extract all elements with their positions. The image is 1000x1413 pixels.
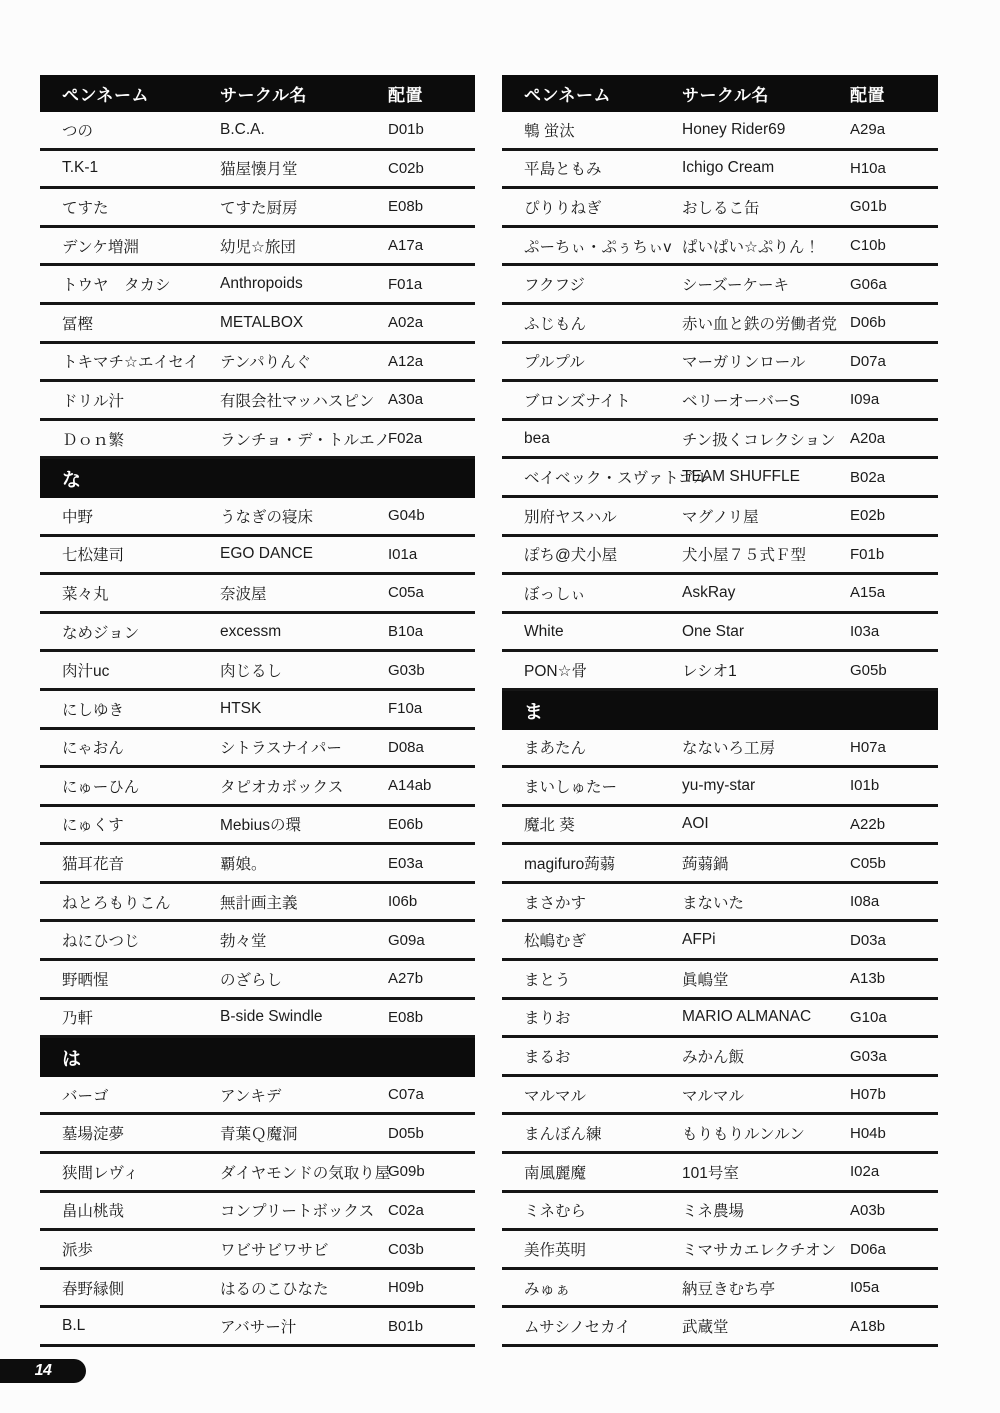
circle-name-cell: アバサー汁 <box>220 1315 388 1337</box>
circle-name-cell: ぱいぱい☆ぷりん！ <box>682 235 850 257</box>
pen-name-cell: にゅくす <box>40 813 220 835</box>
table-row: デンケ増淵幼児☆旅団A17a <box>40 228 475 267</box>
circle-name-cell: ワビサビワサビ <box>220 1238 388 1260</box>
placement-cell: G01b <box>850 198 938 215</box>
circle-name-cell: マルマル <box>682 1084 850 1106</box>
pen-name-cell: まいしゅたー <box>502 775 682 797</box>
circle-name-cell: AskRay <box>682 584 850 602</box>
table-row: まあたんなないろ工房H07a <box>502 730 938 769</box>
pen-name-cell: 松嶋むぎ <box>502 929 682 951</box>
placement-cell: D06b <box>850 314 938 331</box>
table-row: ぷーちぃ・ぷぅちぃvぱいぱい☆ぷりん！C10b <box>502 228 938 267</box>
placement-cell: G09b <box>388 1163 475 1180</box>
pen-name-cell: B.L <box>40 1317 220 1335</box>
table-row: ぽち@犬小屋犬小屋７５式Ｆ型F01b <box>502 537 938 576</box>
placement-cell: G06a <box>850 276 938 293</box>
circle-name-cell: Mebiusの環 <box>220 813 388 835</box>
circle-name-cell: おしるこ缶 <box>682 196 850 218</box>
pen-name-cell: T.K-1 <box>40 159 220 177</box>
placement-cell: E08b <box>388 198 475 215</box>
section-header: な <box>40 459 475 498</box>
placement-cell: A17a <box>388 237 475 254</box>
left-table: ペンネーム サークル名 配置 つのB.C.A.D01bT.K-1猫屋懐月堂C02… <box>40 75 475 1347</box>
circle-name-cell: もりもりルンルン <box>682 1122 850 1144</box>
pen-name-cell: フクフジ <box>502 273 682 295</box>
header-circle-name: サークル名 <box>220 81 388 106</box>
placement-cell: I08a <box>850 893 938 910</box>
pen-name-cell: 平島ともみ <box>502 157 682 179</box>
placement-cell: D01b <box>388 121 475 138</box>
table-row: 別府ヤスハルマグノリ屋E02b <box>502 498 938 537</box>
table-row: beaチン扱くコレクションA20a <box>502 421 938 460</box>
placement-cell: H04b <box>850 1125 938 1142</box>
placement-cell: H09b <box>388 1279 475 1296</box>
right-table-body: 鵯 蛍汰Honey Rider69A29a平島ともみIchigo CreamH1… <box>502 112 938 1347</box>
circle-name-cell: B.C.A. <box>220 121 388 139</box>
table-row: 猫耳花音覇娘。E03a <box>40 845 475 884</box>
table-row: まいしゅたーyu-my-starI01b <box>502 768 938 807</box>
placement-cell: A29a <box>850 121 938 138</box>
circle-name-cell: Anthropoids <box>220 275 388 293</box>
placement-cell: H10a <box>850 160 938 177</box>
placement-cell: C03b <box>388 1241 475 1258</box>
table-row: てすたてすた厨房E08b <box>40 189 475 228</box>
pen-name-cell: PON☆骨 <box>502 659 682 681</box>
table-row: にゅくすMebiusの環E06b <box>40 807 475 846</box>
placement-cell: A14ab <box>388 777 475 794</box>
pen-name-cell: まんぼん練 <box>502 1122 682 1144</box>
placement-cell: E08b <box>388 1009 475 1026</box>
table-row: にゃおんシトラスナイパーD08a <box>40 730 475 769</box>
circle-name-cell: 納豆きむち亭 <box>682 1277 850 1299</box>
table-row: Ｄｏｎ繁ランチョ・デ・トルエノF02a <box>40 421 475 460</box>
right-table: ペンネーム サークル名 配置 鵯 蛍汰Honey Rider69A29a平島とも… <box>502 75 938 1347</box>
table-row: トキマチ☆エイセイテンパりんぐA12a <box>40 344 475 383</box>
circle-name-cell: 青葉Ｑ魔洞 <box>220 1122 388 1144</box>
pen-name-cell: ふじもん <box>502 312 682 334</box>
circle-name-cell: B-side Swindle <box>220 1008 388 1026</box>
pen-name-cell: 墓場淀夢 <box>40 1122 220 1144</box>
pen-name-cell: 冨樫 <box>40 312 220 334</box>
table-row: 中野うなぎの寝床G04b <box>40 498 475 537</box>
table-row: フクフジシーズーケーキG06a <box>502 266 938 305</box>
placement-cell: E02b <box>850 507 938 524</box>
circle-name-cell: 奈波屋 <box>220 582 388 604</box>
placement-cell: D07a <box>850 353 938 370</box>
circle-name-cell: 101号室 <box>682 1161 850 1183</box>
circle-name-cell: 肉じるし <box>220 659 388 681</box>
circle-name-cell: 無計画主義 <box>220 891 388 913</box>
placement-cell: C02a <box>388 1202 475 1219</box>
circle-name-cell: AFPi <box>682 931 850 949</box>
circle-name-cell: タピオカボックス <box>220 775 388 797</box>
table-row: WhiteOne StarI03a <box>502 614 938 653</box>
table-row: 魔北 葵AOIA22b <box>502 807 938 846</box>
pen-name-cell: にしゆき <box>40 698 220 720</box>
placement-cell: I01b <box>850 777 938 794</box>
circle-name-cell: ベリーオーバーS <box>682 389 850 411</box>
pen-name-cell: 菜々丸 <box>40 582 220 604</box>
placement-cell: B10a <box>388 623 475 640</box>
placement-cell: F01b <box>850 546 938 563</box>
pen-name-cell: まさかす <box>502 891 682 913</box>
table-row: 派歩ワビサビワサビC03b <box>40 1231 475 1270</box>
table-row: PON☆骨レシオ1G05b <box>502 652 938 691</box>
pen-name-cell: ブロンズナイト <box>502 389 682 411</box>
pen-name-cell: 野晒惺 <box>40 968 220 990</box>
pen-name-cell: White <box>502 623 682 641</box>
placement-cell: G09a <box>388 932 475 949</box>
circle-name-cell: みかん飯 <box>682 1045 850 1067</box>
pen-name-cell: ドリル汁 <box>40 389 220 411</box>
pen-name-cell: つの <box>40 119 220 141</box>
circle-name-cell: METALBOX <box>220 314 388 332</box>
pen-name-cell: なめジョン <box>40 621 220 643</box>
circle-name-cell: MARIO ALMANAC <box>682 1008 850 1026</box>
section-header: は <box>40 1038 475 1077</box>
placement-cell: I05a <box>850 1279 938 1296</box>
circle-name-cell: のざらし <box>220 968 388 990</box>
placement-cell: D05b <box>388 1125 475 1142</box>
placement-cell: I03a <box>850 623 938 640</box>
placement-cell: C07a <box>388 1086 475 1103</box>
circle-name-cell: One Star <box>682 623 850 641</box>
table-row: 菜々丸奈波屋C05a <box>40 575 475 614</box>
pen-name-cell: てすた <box>40 196 220 218</box>
circle-name-cell: excessm <box>220 623 388 641</box>
placement-cell: A30a <box>388 391 475 408</box>
table-row: なめジョンexcessmB10a <box>40 614 475 653</box>
table-row: ベイベック・スヴァトゴルTEAM SHUFFLEB02a <box>502 459 938 498</box>
placement-cell: D03a <box>850 932 938 949</box>
table-row: ミネむらミネ農場A03b <box>502 1193 938 1232</box>
pen-name-cell: ねにひつじ <box>40 929 220 951</box>
pen-name-cell: 南風麗魔 <box>502 1161 682 1183</box>
placement-cell: F10a <box>388 700 475 717</box>
table-row: まりおMARIO ALMANACG10a <box>502 1000 938 1039</box>
page-number-badge: 14 <box>0 1359 86 1383</box>
pen-name-cell: 魔北 葵 <box>502 813 682 835</box>
placement-cell: A27b <box>388 970 475 987</box>
left-table-body: つのB.C.A.D01bT.K-1猫屋懐月堂C02bてすたてすた厨房E08bデン… <box>40 112 475 1347</box>
placement-cell: C02b <box>388 160 475 177</box>
pen-name-cell: 中野 <box>40 505 220 527</box>
placement-cell: A18b <box>850 1318 938 1335</box>
pen-name-cell: にゅーひん <box>40 775 220 797</box>
pen-name-cell: 畠山桃哉 <box>40 1199 220 1221</box>
placement-cell: H07b <box>850 1086 938 1103</box>
placement-cell: G03a <box>850 1048 938 1065</box>
table-row: 松嶋むぎAFPiD03a <box>502 922 938 961</box>
table-row: 南風麗魔101号室I02a <box>502 1154 938 1193</box>
circle-name-cell: 猫屋懐月堂 <box>220 157 388 179</box>
circle-name-cell: Honey Rider69 <box>682 121 850 139</box>
pen-name-cell: マルマル <box>502 1084 682 1106</box>
table-row: T.K-1猫屋懐月堂C02b <box>40 151 475 190</box>
table-row: バーゴアンキデC07a <box>40 1077 475 1116</box>
table-row: ねとろもりこん無計画主義I06b <box>40 884 475 923</box>
circle-name-cell: 蒟蒻鍋 <box>682 852 850 874</box>
header-pen-name: ペンネーム <box>40 81 220 106</box>
table-row: まんぼん練もりもりルンルンH04b <box>502 1115 938 1154</box>
placement-cell: B02a <box>850 469 938 486</box>
table-row: 墓場淀夢青葉Ｑ魔洞D05b <box>40 1115 475 1154</box>
pen-name-cell: デンケ増淵 <box>40 235 220 257</box>
pen-name-cell: ぼっしぃ <box>502 582 682 604</box>
table-row: 美作英明ミマサカエレクチオンD06a <box>502 1231 938 1270</box>
circle-name-cell: シーズーケーキ <box>682 273 850 295</box>
placement-cell: A12a <box>388 353 475 370</box>
table-row: 春野縁側はるのこひなたH09b <box>40 1270 475 1309</box>
circle-name-cell: シトラスナイパー <box>220 736 388 758</box>
pen-name-cell: ムサシノセカイ <box>502 1315 682 1337</box>
placement-cell: I01a <box>388 546 475 563</box>
pen-name-cell: 別府ヤスハル <box>502 505 682 527</box>
placement-cell: I02a <box>850 1163 938 1180</box>
table-row: ドリル汁有限会社マッハスピンA30a <box>40 382 475 421</box>
section-label: は <box>62 1044 81 1071</box>
table-row: ぴりりねぎおしるこ缶G01b <box>502 189 938 228</box>
circle-name-cell: HTSK <box>220 700 388 718</box>
table-row: つのB.C.A.D01b <box>40 112 475 151</box>
circle-name-cell: なないろ工房 <box>682 736 850 758</box>
table-row: まるおみかん飯G03a <box>502 1038 938 1077</box>
table-row: プルプルマーガリンロールD07a <box>502 344 938 383</box>
pen-name-cell: bea <box>502 430 682 448</box>
table-row: magifuro蒟蒻蒟蒻鍋C05b <box>502 845 938 884</box>
circle-name-cell: TEAM SHUFFLE <box>682 468 850 486</box>
pen-name-cell: 肉汁uc <box>40 659 220 681</box>
table-row: 狭間レヴィダイヤモンドの気取り屋G09b <box>40 1154 475 1193</box>
section-label: な <box>62 465 81 492</box>
circle-name-cell: ランチョ・デ・トルエノ <box>220 428 388 450</box>
pen-name-cell: プルプル <box>502 350 682 372</box>
table-row: ブロンズナイトベリーオーバーSI09a <box>502 382 938 421</box>
placement-cell: A22b <box>850 816 938 833</box>
pen-name-cell: 乃軒 <box>40 1006 220 1028</box>
table-row: マルマルマルマルH07b <box>502 1077 938 1116</box>
pen-name-cell: magifuro蒟蒻 <box>502 852 682 874</box>
pen-name-cell: まとう <box>502 968 682 990</box>
section-header: ま <box>502 691 938 730</box>
placement-cell: C05a <box>388 584 475 601</box>
pen-name-cell: バーゴ <box>40 1084 220 1106</box>
pen-name-cell: みゅぁ <box>502 1277 682 1299</box>
circle-name-cell: 覇娘。 <box>220 852 388 874</box>
circle-name-cell: てすた厨房 <box>220 196 388 218</box>
circle-name-cell: 犬小屋７５式Ｆ型 <box>682 543 850 565</box>
placement-cell: A02a <box>388 314 475 331</box>
header-placement: 配置 <box>388 81 475 106</box>
circle-name-cell: yu-my-star <box>682 777 850 795</box>
circle-name-cell: はるのこひなた <box>220 1277 388 1299</box>
header-pen-name: ペンネーム <box>502 81 682 106</box>
table-row: 鵯 蛍汰Honey Rider69A29a <box>502 112 938 151</box>
placement-cell: A15a <box>850 584 938 601</box>
header-circle-name: サークル名 <box>682 81 850 106</box>
placement-cell: H07a <box>850 739 938 756</box>
table-row: まさかすまないたI08a <box>502 884 938 923</box>
pen-name-cell: ベイベック・スヴァトゴル <box>502 466 682 488</box>
pen-name-cell: 春野縁側 <box>40 1277 220 1299</box>
table-row: 畠山桃哉コンプリートボックスC02a <box>40 1193 475 1232</box>
header-placement: 配置 <box>850 81 938 106</box>
circle-name-cell: EGO DANCE <box>220 545 388 563</box>
pen-name-cell: ぷーちぃ・ぷぅちぃv <box>502 235 682 257</box>
table-row: トウヤ タカシAnthropoidsF01a <box>40 266 475 305</box>
pen-name-cell: 猫耳花音 <box>40 852 220 874</box>
circle-name-cell: テンパりんぐ <box>220 350 388 372</box>
circle-name-cell: チン扱くコレクション <box>682 428 850 450</box>
pen-name-cell: まるお <box>502 1045 682 1067</box>
table-row: 乃軒B-side SwindleE08b <box>40 1000 475 1039</box>
circle-name-cell: マグノリ屋 <box>682 505 850 527</box>
table-row: みゅぁ納豆きむち亭I05a <box>502 1270 938 1309</box>
pen-name-cell: 美作英明 <box>502 1238 682 1260</box>
table-row: B.Lアバサー汁B01b <box>40 1308 475 1347</box>
placement-cell: G03b <box>388 662 475 679</box>
table-row: 七松建司EGO DANCEI01a <box>40 537 475 576</box>
circle-name-cell: 有限会社マッハスピン <box>220 389 388 411</box>
circle-name-cell: ダイヤモンドの気取り屋 <box>220 1161 388 1183</box>
table-row: にしゆきHTSKF10a <box>40 691 475 730</box>
circle-name-cell: ミネ農場 <box>682 1199 850 1221</box>
placement-cell: E06b <box>388 816 475 833</box>
table-row: にゅーひんタピオカボックスA14ab <box>40 768 475 807</box>
circle-name-cell: Ichigo Cream <box>682 159 850 177</box>
placement-cell: A13b <box>850 970 938 987</box>
pen-name-cell: ぴりりねぎ <box>502 196 682 218</box>
pen-name-cell: ぽち@犬小屋 <box>502 543 682 565</box>
section-label: ま <box>524 697 543 724</box>
pen-name-cell: ねとろもりこん <box>40 891 220 913</box>
table-row: ふじもん赤い血と鉄の労働者党D06b <box>502 305 938 344</box>
placement-cell: I09a <box>850 391 938 408</box>
circle-name-cell: 眞嶋堂 <box>682 968 850 990</box>
pen-name-cell: 七松建司 <box>40 543 220 565</box>
circle-name-cell: 勃々堂 <box>220 929 388 951</box>
placement-cell: G05b <box>850 662 938 679</box>
table-row: 平島ともみIchigo CreamH10a <box>502 151 938 190</box>
placement-cell: F02a <box>388 430 475 447</box>
circle-name-cell: まないた <box>682 891 850 913</box>
table-row: 野晒惺のざらしA27b <box>40 961 475 1000</box>
pen-name-cell: 狭間レヴィ <box>40 1161 220 1183</box>
pen-name-cell: 派歩 <box>40 1238 220 1260</box>
circle-name-cell: 赤い血と鉄の労働者党 <box>682 312 850 334</box>
placement-cell: E03a <box>388 855 475 872</box>
circle-name-cell: アンキデ <box>220 1084 388 1106</box>
placement-cell: I06b <box>388 893 475 910</box>
circle-name-cell: レシオ1 <box>682 659 850 681</box>
circle-name-cell: マーガリンロール <box>682 350 850 372</box>
circle-name-cell: ミマサカエレクチオン <box>682 1238 850 1260</box>
circle-listing: ペンネーム サークル名 配置 つのB.C.A.D01bT.K-1猫屋懐月堂C02… <box>40 75 938 1347</box>
placement-cell: G04b <box>388 507 475 524</box>
table-row: ムサシノセカイ武蔵堂A18b <box>502 1308 938 1347</box>
pen-name-cell: ミネむら <box>502 1199 682 1221</box>
right-table-header: ペンネーム サークル名 配置 <box>502 75 938 112</box>
pen-name-cell: まあたん <box>502 736 682 758</box>
table-row: 冨樫METALBOXA02a <box>40 305 475 344</box>
placement-cell: C10b <box>850 237 938 254</box>
circle-name-cell: AOI <box>682 815 850 833</box>
pen-name-cell: トキマチ☆エイセイ <box>40 350 220 372</box>
circle-name-cell: 武蔵堂 <box>682 1315 850 1337</box>
placement-cell: D06a <box>850 1241 938 1258</box>
circle-name-cell: コンプリートボックス <box>220 1199 388 1221</box>
placement-cell: C05b <box>850 855 938 872</box>
page-number: 14 <box>35 1362 52 1380</box>
pen-name-cell: Ｄｏｎ繁 <box>40 428 220 450</box>
table-row: 肉汁uc肉じるしG03b <box>40 652 475 691</box>
pen-name-cell: 鵯 蛍汰 <box>502 119 682 141</box>
placement-cell: D08a <box>388 739 475 756</box>
circle-name-cell: うなぎの寝床 <box>220 505 388 527</box>
placement-cell: A20a <box>850 430 938 447</box>
pen-name-cell: にゃおん <box>40 736 220 758</box>
placement-cell: G10a <box>850 1009 938 1026</box>
table-row: まとう眞嶋堂A13b <box>502 961 938 1000</box>
left-table-header: ペンネーム サークル名 配置 <box>40 75 475 112</box>
table-row: ぼっしぃAskRayA15a <box>502 575 938 614</box>
circle-name-cell: 幼児☆旅団 <box>220 235 388 257</box>
table-row: ねにひつじ勃々堂G09a <box>40 922 475 961</box>
pen-name-cell: まりお <box>502 1006 682 1028</box>
placement-cell: F01a <box>388 276 475 293</box>
placement-cell: B01b <box>388 1318 475 1335</box>
placement-cell: A03b <box>850 1202 938 1219</box>
pen-name-cell: トウヤ タカシ <box>40 273 220 295</box>
